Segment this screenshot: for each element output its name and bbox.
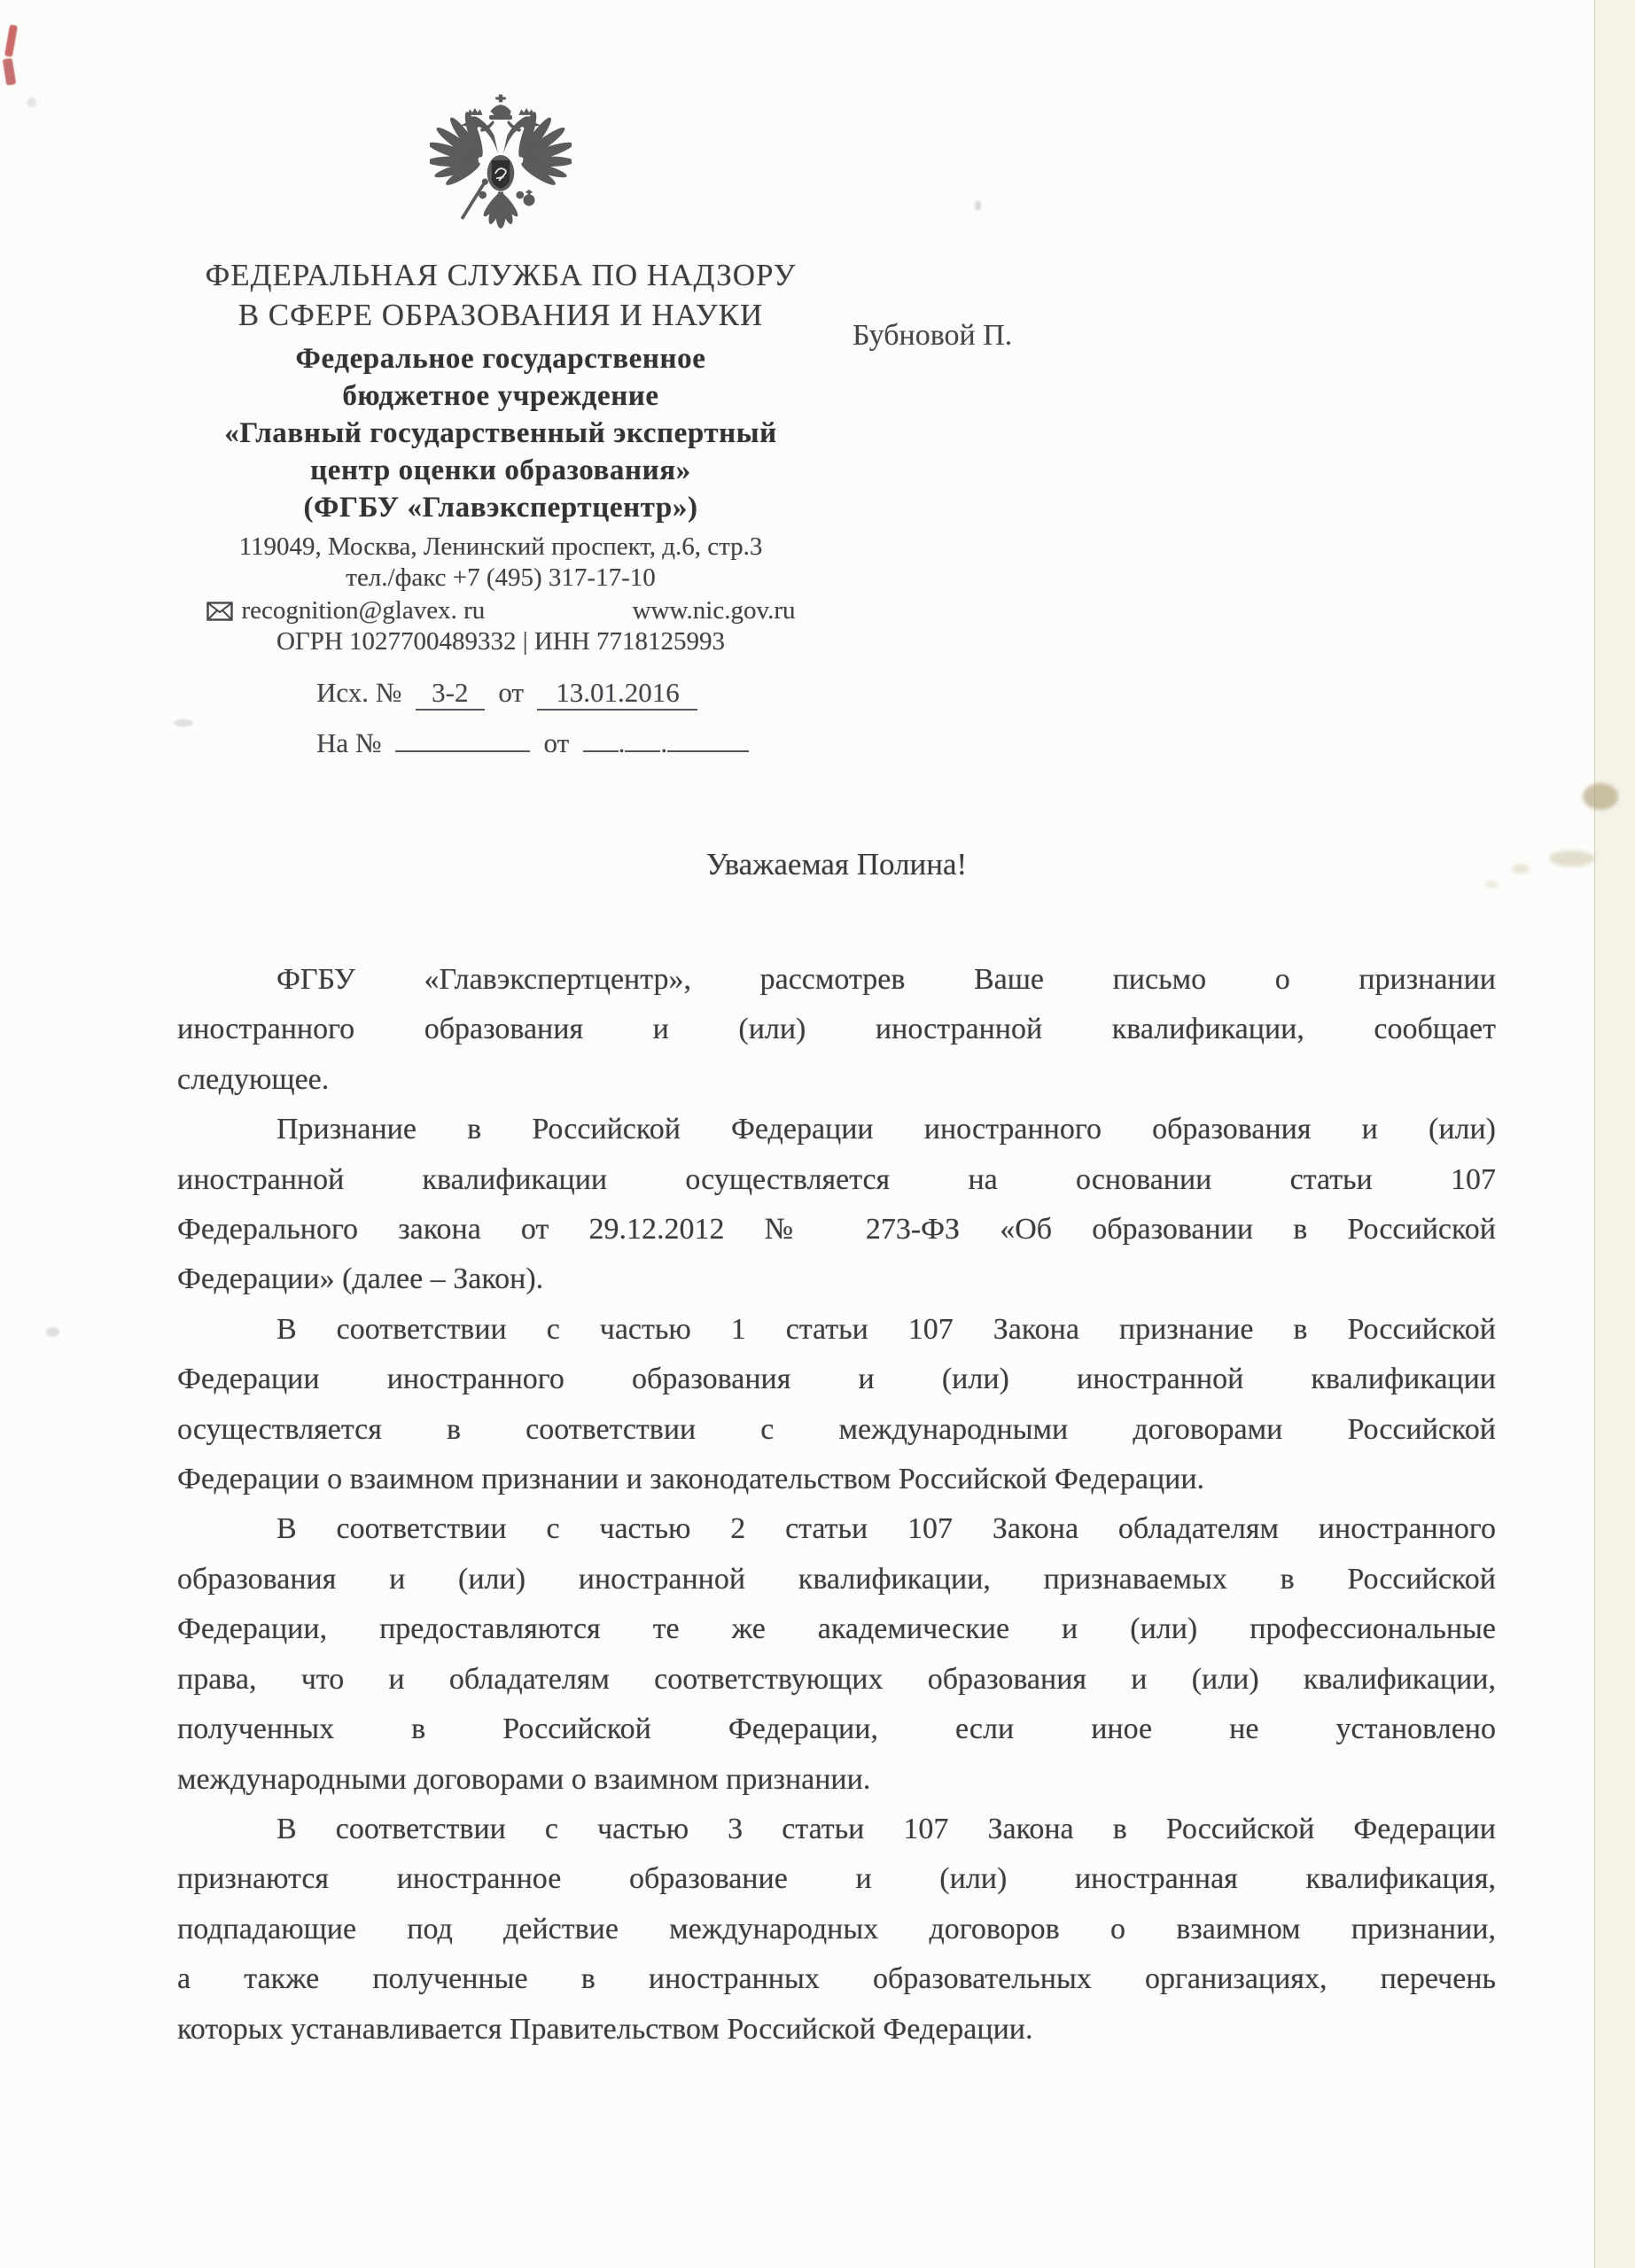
org-name-line1: Федеральное государственное xyxy=(128,340,873,377)
incoming-ref-line: На № от .. xyxy=(316,723,749,759)
reference-block: Исх. № 3-2 от 13.01.2016 На № от .. xyxy=(316,677,749,772)
scan-speck xyxy=(975,200,981,211)
body-line: В соответствии с частью 2 статьи 107 Зак… xyxy=(177,1504,1496,1554)
body-line: Федерации, предоставляются те же академи… xyxy=(177,1604,1496,1654)
date-dot: . xyxy=(660,727,667,758)
incoming-ref-date-blank xyxy=(667,723,749,752)
date-dot: . xyxy=(619,727,626,758)
body-paragraph: ФГБУ «Главэкспертцентр», рассмотрев Ваше… xyxy=(177,955,1496,1105)
outgoing-ref-from-label: от xyxy=(498,677,524,708)
incoming-ref-date-blank xyxy=(625,723,660,752)
body-line: Федерации о взаимном признании и законод… xyxy=(177,1455,1496,1504)
addressee-name: Бубновой П. xyxy=(853,319,1012,353)
email-text: recognition@glavex. ru xyxy=(242,595,486,626)
org-name-line3: «Главный государственный экспертный xyxy=(128,415,873,452)
body-line: международными договорами о взаимном при… xyxy=(177,1755,1496,1805)
scan-speck xyxy=(46,1327,59,1337)
letterhead: ФЕДЕРАЛЬНАЯ СЛУЖБА ПО НАДЗОРУ В СФЕРЕ ОБ… xyxy=(128,89,873,657)
outgoing-ref-label: Исх. № xyxy=(316,677,401,708)
outgoing-ref-line: Исх. № 3-2 от 13.01.2016 xyxy=(316,677,749,711)
salutation: Уважаемая Полина! xyxy=(177,847,1496,882)
body-paragraph: В соответствии с частью 2 статьи 107 Зак… xyxy=(177,1504,1496,1804)
incoming-ref-number-blank xyxy=(395,723,530,752)
page-edge-strip xyxy=(1594,0,1635,2268)
body-line: ФГБУ «Главэкспертцентр», рассмотрев Ваше… xyxy=(177,955,1496,1005)
incoming-ref-date-blank xyxy=(583,723,619,752)
scan-speck xyxy=(174,719,193,726)
body-line: иностранного образования и (или) иностра… xyxy=(177,1005,1496,1054)
body-line: подпадающие под действие международных д… xyxy=(177,1905,1496,1954)
red-pen-mark xyxy=(3,58,17,85)
envelope-icon xyxy=(206,602,233,621)
scanned-letter-page: ФЕДЕРАЛЬНАЯ СЛУЖБА ПО НАДЗОРУ В СФЕРЕ ОБ… xyxy=(0,0,1635,2268)
body-line: иностранной квалификации осуществляется … xyxy=(177,1155,1496,1205)
coat-of-arms-russia-icon xyxy=(430,89,572,250)
body-line: осуществляется в соответствии с междунар… xyxy=(177,1405,1496,1455)
address-line: 119049, Москва, Ленинский проспект, д.6,… xyxy=(128,532,873,563)
body-paragraph: В соответствии с частью 3 статьи 107 Зак… xyxy=(177,1805,1496,2054)
body-line: следующее. xyxy=(177,1055,1496,1105)
scan-smudge xyxy=(1549,850,1595,866)
scan-speck xyxy=(27,97,36,107)
body-line: образования и (или) иностранной квалифик… xyxy=(177,1555,1496,1604)
outgoing-ref-date: 13.01.2016 xyxy=(537,677,697,711)
org-name-line5: (ФГБУ «Главэкспертцентр») xyxy=(128,489,873,526)
scan-smudge xyxy=(1512,865,1530,874)
org-name-line4: центр оценки образования» xyxy=(128,452,873,489)
agency-name-line1: ФЕДЕРАЛЬНАЯ СЛУЖБА ПО НАДЗОРУ xyxy=(128,255,873,295)
email-website-row: recognition@glavex. ru www.nic.gov.ru xyxy=(206,595,796,626)
body-line: а также полученные в иностранных образов… xyxy=(177,1954,1496,2004)
red-pen-mark xyxy=(4,24,18,57)
body-line: Федерации» (далее – Закон). xyxy=(177,1254,1496,1304)
body-line: признаются иностранное образование и (ил… xyxy=(177,1854,1496,1904)
website-text: www.nic.gov.ru xyxy=(633,595,796,626)
body-line: Федерации иностранного образования и (ил… xyxy=(177,1355,1496,1404)
body-line: В соответствии с частью 1 статьи 107 Зак… xyxy=(177,1305,1496,1355)
org-name-line2: бюджетное учреждение xyxy=(128,377,873,415)
agency-name-line2: В СФЕРЕ ОБРАЗОВАНИЯ И НАУКИ xyxy=(128,295,873,335)
body-line: Федерального закона от 29.12.2012 № 273-… xyxy=(177,1205,1496,1254)
body-line: полученных в Российской Федерации, если … xyxy=(177,1705,1496,1754)
incoming-ref-from-label: от xyxy=(543,727,569,758)
letter-body: ФГБУ «Главэкспертцентр», рассмотрев Ваше… xyxy=(177,955,1496,2054)
body-line: В соответствии с частью 3 статьи 107 Зак… xyxy=(177,1805,1496,1854)
body-paragraph: В соответствии с частью 1 статьи 107 Зак… xyxy=(177,1305,1496,1505)
scan-smudge xyxy=(1583,783,1618,810)
incoming-ref-label: На № xyxy=(316,727,381,758)
body-line: Признание в Российской Федерации иностра… xyxy=(177,1105,1496,1154)
outgoing-ref-number: 3-2 xyxy=(416,677,485,711)
ogrn-inn-line: ОГРН 1027700489332 | ИНН 7718125993 xyxy=(128,626,873,657)
body-line: права, что и обладателям соответствующих… xyxy=(177,1655,1496,1705)
phone-line: тел./факс +7 (495) 317-17-10 xyxy=(128,563,873,594)
body-line: которых устанавливается Правительством Р… xyxy=(177,2005,1496,2054)
body-paragraph: Признание в Российской Федерации иностра… xyxy=(177,1105,1496,1305)
